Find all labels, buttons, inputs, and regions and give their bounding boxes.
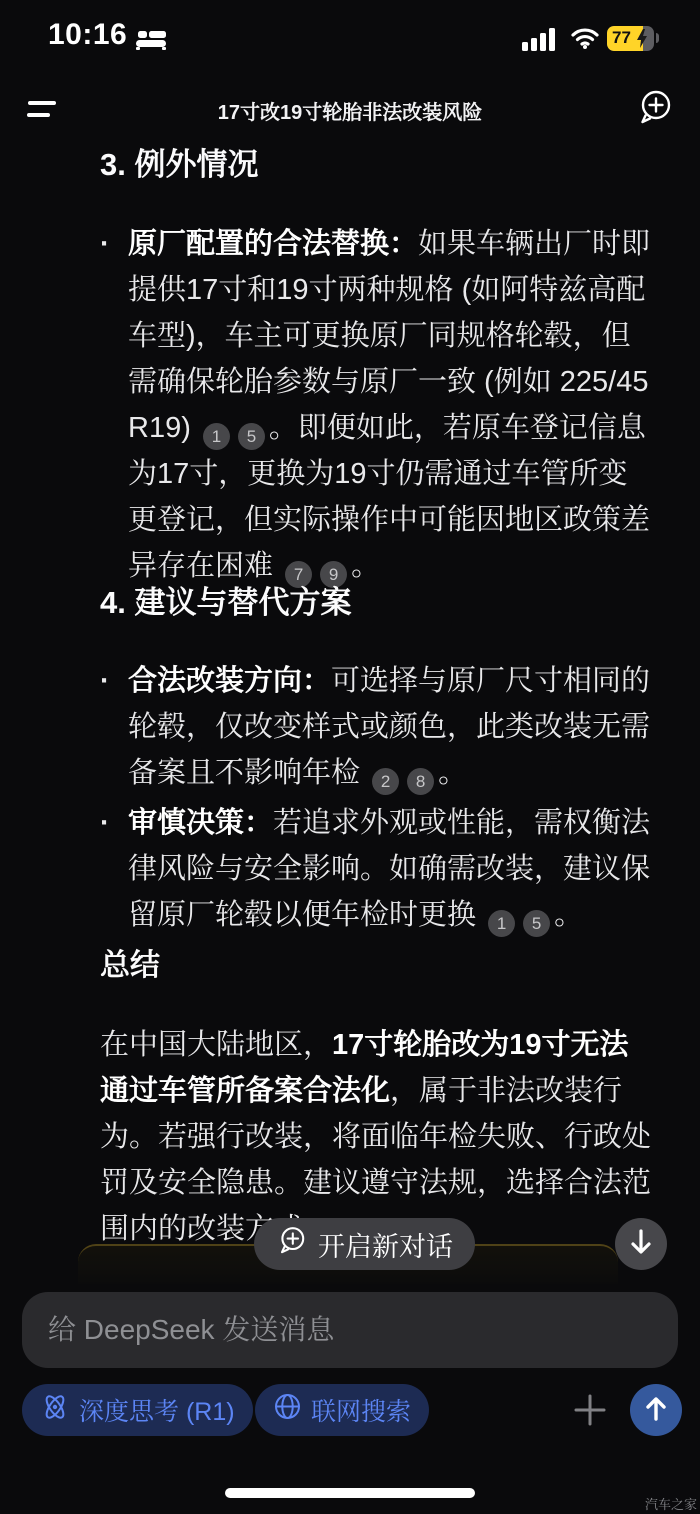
chat-bubble-plus-icon	[276, 1224, 308, 1265]
charging-bolt-icon	[636, 29, 648, 51]
text-segment: 。	[554, 899, 583, 931]
bullet-cautious-decision: · 审慎决策：若追求外观或性能，需权衡法律风险与安全影响。如确需改装，建议保留原…	[100, 800, 656, 938]
arrow-up-icon	[641, 1393, 671, 1428]
attach-plus-button[interactable]	[572, 1392, 608, 1428]
watermark-autohome: 汽车之家	[645, 1494, 697, 1513]
section-heading-summary: 总结	[100, 946, 656, 986]
battery-indicator: 77	[607, 26, 654, 51]
citation-badge[interactable]: 1	[488, 910, 515, 937]
status-time: 10:16	[48, 18, 127, 52]
signal-strength-icon	[522, 28, 562, 51]
globe-icon	[273, 1392, 302, 1428]
section-heading-suggestions: 4. 建议与替代方案	[100, 583, 656, 623]
bullet-dot: ·	[100, 800, 128, 938]
web-search-label: 联网搜索	[311, 1392, 411, 1428]
text-segment: 审慎决策：	[128, 807, 273, 839]
citation-badge[interactable]: 5	[238, 423, 265, 450]
section-heading-exceptions: 3. 例外情况	[100, 145, 656, 185]
battery-cap	[656, 33, 659, 43]
citation-badge[interactable]: 5	[523, 910, 550, 937]
scroll-to-bottom-button[interactable]	[615, 1218, 667, 1270]
deep-think-label: 深度思考 (R1)	[79, 1392, 235, 1428]
bullet-text: 原厂配置的合法替换：如果车辆出厂时即提供17寸和19寸两种规格 (如阿特兹高配车…	[128, 221, 656, 589]
bullet-legal-replacement: · 原厂配置的合法替换：如果车辆出厂时即提供17寸和19寸两种规格 (如阿特兹高…	[100, 221, 656, 589]
send-button[interactable]	[630, 1384, 682, 1436]
text-segment: 。	[351, 550, 380, 582]
arrow-down-icon	[626, 1227, 656, 1262]
bullet-text: 合法改装方向：可选择与原厂尺寸相同的轮毂，仅改变样式或颜色，此类改装无需备案且不…	[128, 658, 656, 796]
chat-title: 17寸改19寸轮胎非法改装风险	[0, 96, 700, 125]
deep-think-toggle[interactable]: 深度思考 (R1)	[22, 1384, 253, 1436]
text-segment: 原厂配置的合法替换：	[128, 228, 418, 260]
home-indicator[interactable]	[225, 1488, 475, 1498]
sleep-focus-bed-icon	[134, 26, 168, 57]
start-new-chat-button[interactable]: 开启新对话	[254, 1218, 475, 1270]
bullet-text: 审慎决策：若追求外观或性能，需权衡法律风险与安全影响。如确需改装，建议保留原厂轮…	[128, 800, 656, 938]
text-segment: 。	[438, 757, 467, 789]
wifi-icon	[570, 27, 600, 55]
text-segment: 在中国大陆地区，	[100, 1029, 332, 1061]
atom-icon	[40, 1392, 70, 1429]
bullet-dot: ·	[100, 658, 128, 796]
start-new-chat-label: 开启新对话	[318, 1225, 453, 1264]
bullet-dot: ·	[100, 221, 128, 589]
citation-badge[interactable]: 2	[372, 768, 399, 795]
web-search-toggle[interactable]: 联网搜索	[255, 1384, 429, 1436]
message-input-container	[22, 1292, 678, 1368]
message-input[interactable]	[22, 1292, 678, 1368]
citation-badge[interactable]: 8	[407, 768, 434, 795]
chat-bubble-plus-icon	[635, 87, 675, 134]
bullet-legal-direction: · 合法改装方向：可选择与原厂尺寸相同的轮毂，仅改变样式或颜色，此类改装无需备案…	[100, 658, 656, 796]
text-segment: 合法改装方向：	[128, 665, 331, 697]
battery-percent: 77	[612, 28, 631, 48]
citation-badge[interactable]: 1	[203, 423, 230, 450]
new-chat-button[interactable]	[634, 88, 676, 132]
